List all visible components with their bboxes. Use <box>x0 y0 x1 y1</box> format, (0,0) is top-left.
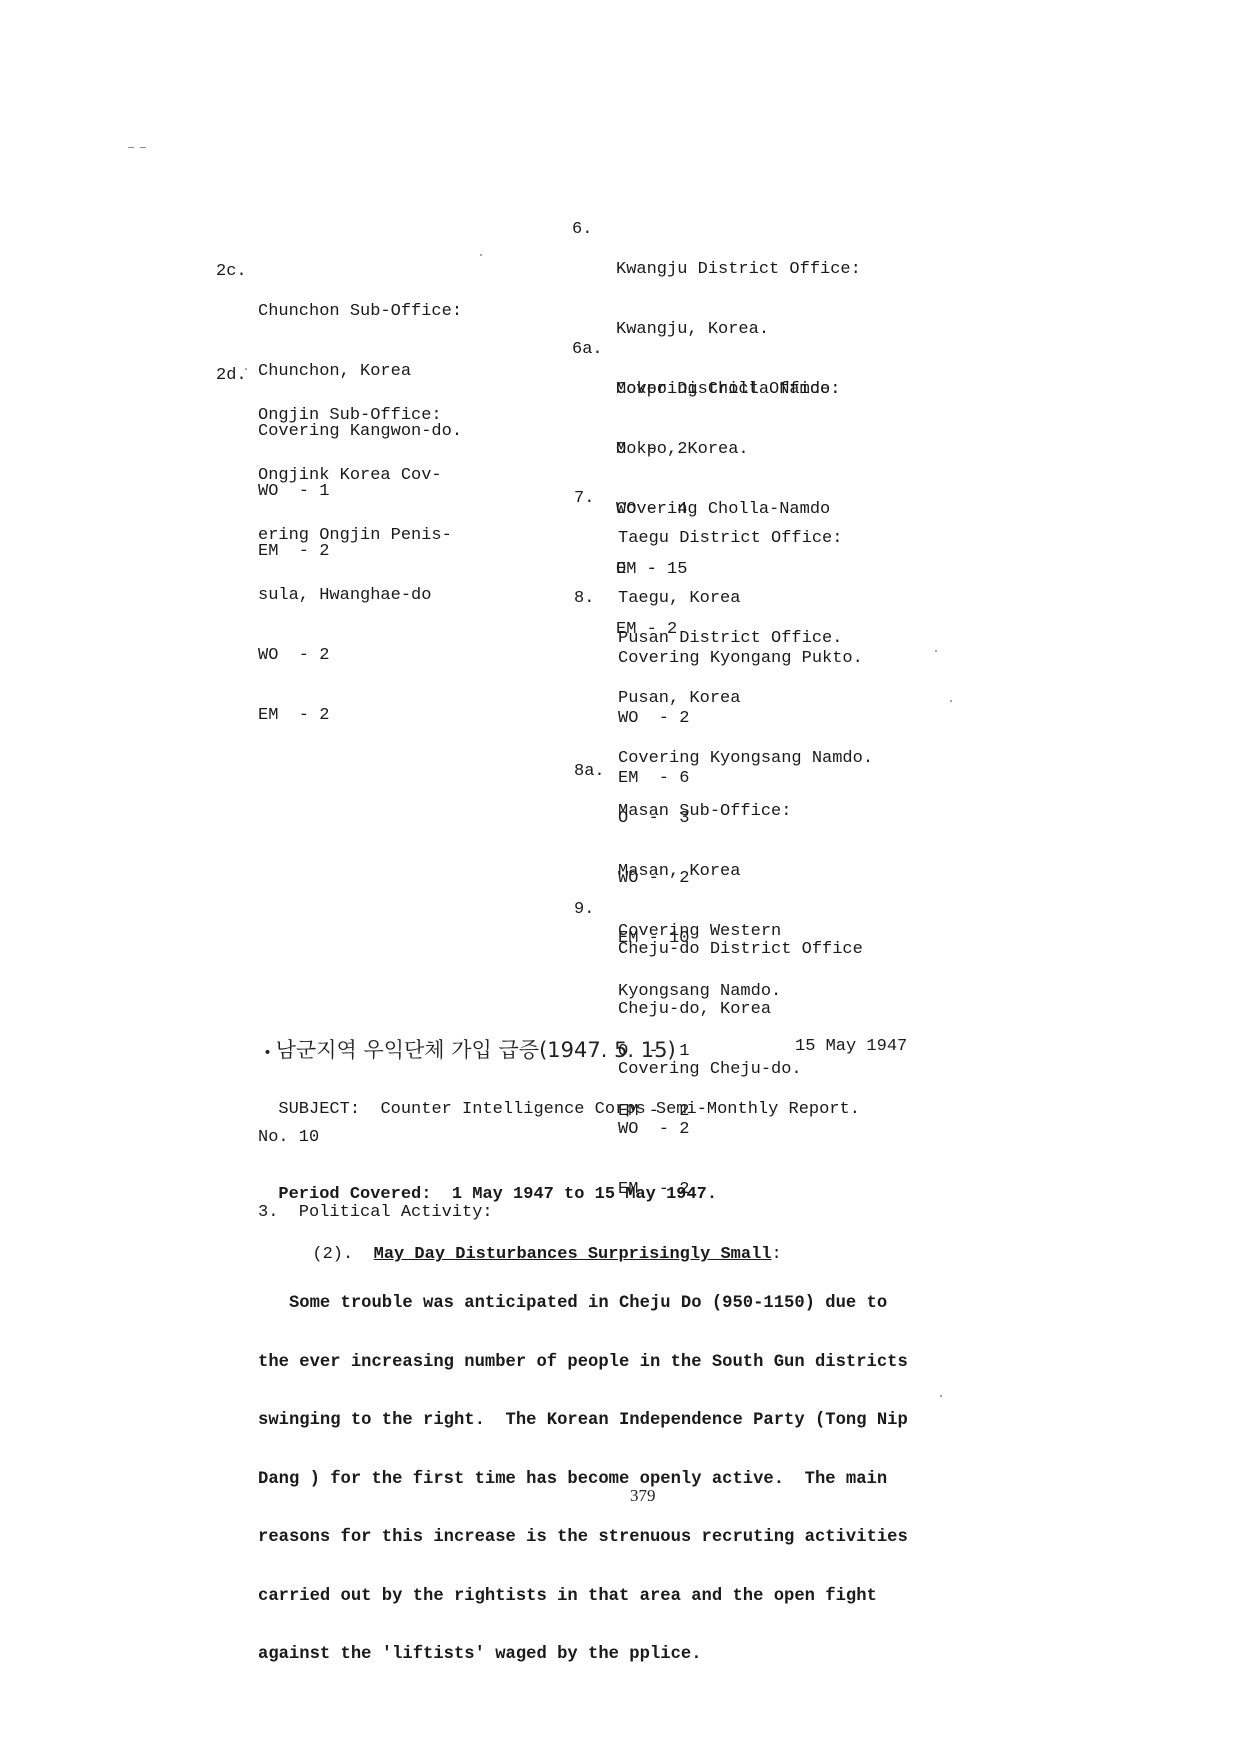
paragraph-line: against the 'liftists' waged by the ppli… <box>258 1645 908 1665</box>
entry-ongjin: 2d. Ongjin Sub-Office: Ongjink Korea Cov… <box>216 366 236 426</box>
entry-taegu: 7. Taegu District Office: Taegu, Korea C… <box>574 489 594 549</box>
entry-number: 7. <box>574 489 594 509</box>
entry-line: ering Ongjin Penis- <box>258 526 452 546</box>
entry-line: Pusan District Office. <box>618 629 873 649</box>
paragraph-line: Dang ) for the first time has become ope… <box>258 1470 908 1490</box>
body-paragraph: Some trouble was anticipated in Cheju Do… <box>258 1255 908 1684</box>
entry-line: WO - 2 <box>258 646 452 666</box>
entry-line: Mokpo, Korea. <box>616 440 840 460</box>
entry-lines: Ongjin Sub-Office: Ongjink Korea Cov- er… <box>258 366 452 766</box>
entry-line: Ongjin Sub-Office: <box>258 406 452 426</box>
entry-line: Mokpo District Office: <box>616 380 840 400</box>
entry-number: 8. <box>574 589 594 609</box>
entry-kwangju: 6. Kwangju District Office: Kwangju, Kor… <box>572 220 592 280</box>
scan-speck <box>140 147 146 148</box>
entry-line: EM - 2 <box>258 706 452 726</box>
paragraph-line: the ever increasing number of people in … <box>258 1353 908 1373</box>
entry-line: Kwangju District Office: <box>616 260 861 280</box>
entry-number: 2d. <box>216 366 247 386</box>
report-date: 15 May 1947 <box>795 1037 907 1057</box>
scan-speck <box>480 254 482 256</box>
scan-speck <box>950 700 952 702</box>
entry-line: Pusan, Korea <box>618 689 873 709</box>
entry-line: WO - 2 <box>618 1120 863 1140</box>
paragraph-line: swinging to the right. The Korean Indepe… <box>258 1411 908 1431</box>
scan-speck <box>245 368 247 370</box>
entry-line: sula, Hwanghae-do <box>258 586 452 606</box>
entry-line: Cheju-do District Office <box>618 940 863 960</box>
entry-mokpo: 6a. Mokpo District Office: Mokpo, Korea.… <box>572 340 592 400</box>
caption-text: 남군지역 우익단체 가입 급증(1947. 5. 15) <box>276 1038 676 1062</box>
entry-cheju: 9. Cheju-do District Office Cheju-do, Ko… <box>574 900 594 960</box>
entry-pusan: 8. Pusan District Office. Pusan, Korea C… <box>574 589 594 649</box>
entry-line: Masan, Korea <box>618 862 791 882</box>
subject-text: Counter Intelligence Corps Semi-Monthly … <box>380 1100 859 1119</box>
entry-number: 6a. <box>572 340 603 360</box>
entry-line: Chunchon Sub-Office: <box>258 302 462 322</box>
paragraph-line: Some trouble was anticipated in Cheju Do… <box>258 1294 908 1314</box>
korean-caption: •남군지역 우익단체 가입 급증(1947. 5. 15) <box>250 1010 676 1064</box>
entry-number: 2c. <box>216 262 247 282</box>
entry-number: 9. <box>574 900 594 920</box>
period-text: 1 May 1947 to 15 May 1947. <box>452 1185 717 1204</box>
section-heading: 3. Political Activity: <box>258 1203 493 1223</box>
period-label: Period Covered: <box>278 1185 431 1204</box>
report-number: No. 10 <box>258 1128 319 1148</box>
entry-line: Kwangju, Korea. <box>616 320 861 340</box>
entry-number: 6. <box>572 220 592 240</box>
scan-speck <box>935 650 937 652</box>
entry-masan: 8a. Masan Sub-Office: Masan, Korea Cover… <box>574 762 594 822</box>
entry-line: Masan Sub-Office: <box>618 802 791 822</box>
subject-label: SUBJECT: <box>278 1100 360 1119</box>
paragraph-line: reasons for this increase is the strenuo… <box>258 1528 908 1548</box>
scan-speck <box>128 147 134 148</box>
page-number: 379 <box>630 1486 656 1506</box>
report-period: Period Covered: 1 May 1947 to 15 May 194… <box>258 1165 717 1205</box>
entry-line: Ongjink Korea Cov- <box>258 466 452 486</box>
entry-line: Taegu District Office: <box>618 529 863 549</box>
paragraph-line: carried out by the rightists in that are… <box>258 1587 908 1607</box>
scan-speck <box>940 1395 942 1397</box>
entry-chunchon: 2c. Chunchon Sub-Office: Chunchon, Korea… <box>216 262 236 322</box>
report-subject: SUBJECT: Counter Intelligence Corps Semi… <box>258 1080 860 1120</box>
bullet-icon: • <box>263 1045 271 1061</box>
entry-number: 8a. <box>574 762 605 782</box>
